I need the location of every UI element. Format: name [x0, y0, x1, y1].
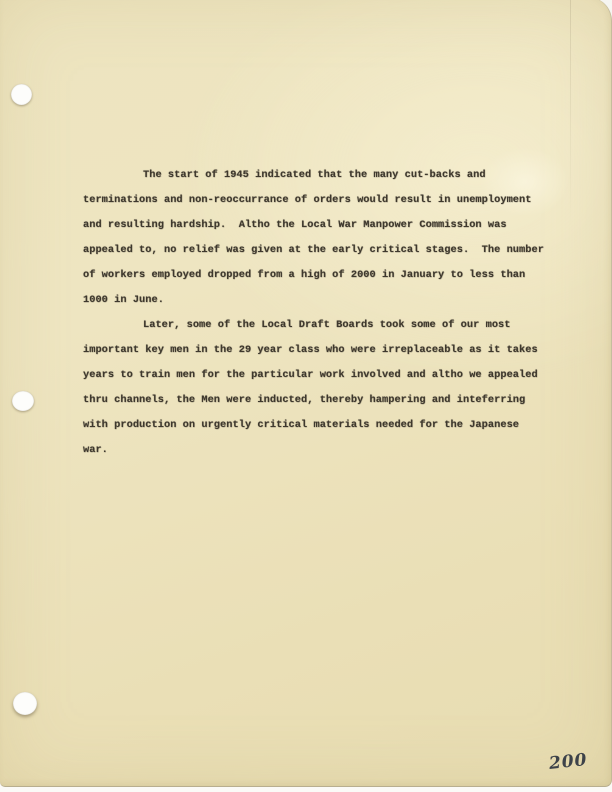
typed-line: appealed to, no relief was given at the … [83, 238, 558, 263]
typed-line: thru channels, the Men were inducted, th… [83, 388, 558, 413]
punch-hole-top [11, 84, 32, 105]
typed-text-block: The start of 1945 indicated that the man… [83, 163, 558, 463]
typed-line: with production on urgently critical mat… [83, 413, 558, 438]
typed-line: of workers employed dropped from a high … [83, 263, 558, 288]
handwritten-page-number: 200 [548, 750, 588, 774]
typed-line: Later, some of the Local Draft Boards to… [83, 313, 558, 338]
punch-hole-middle [12, 391, 34, 411]
typed-line: The start of 1945 indicated that the man… [83, 163, 558, 188]
typed-line: 1000 in June. [83, 288, 558, 313]
typed-line: important key men in the 29 year class w… [83, 338, 558, 363]
typed-line: terminations and non-reoccurrance of ord… [83, 188, 558, 213]
typed-line: and resulting hardship. Altho the Local … [83, 213, 558, 238]
punch-hole-bottom [13, 692, 37, 715]
typed-line: years to train men for the particular wo… [83, 363, 558, 388]
paper-crease [570, 0, 571, 227]
paper-page: The start of 1945 indicated that the man… [0, 0, 612, 787]
typed-line: war. [83, 438, 558, 463]
